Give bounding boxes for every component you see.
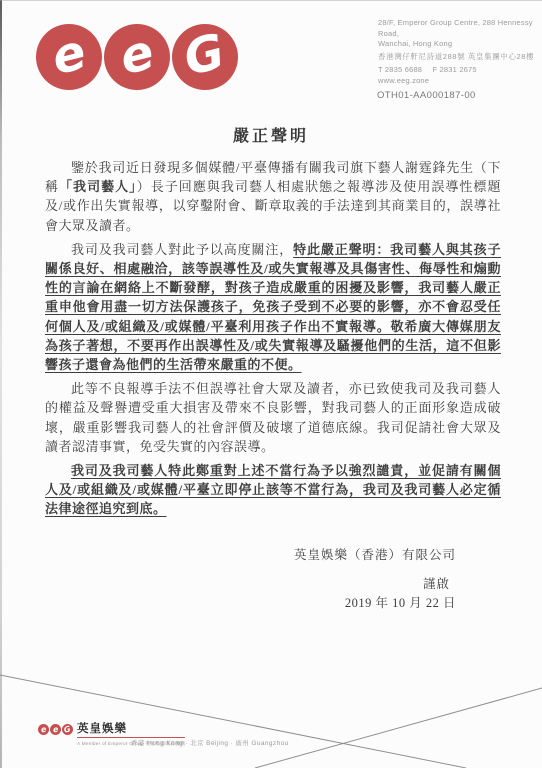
logo-circle-small: e xyxy=(38,724,49,735)
telephone-number: T 2835 6688 xyxy=(378,65,422,74)
logo-letter-icon: e xyxy=(40,725,47,734)
paragraph-segment-bold-underline: 我司及我司藝人特此鄭重對上述不當行為予以強烈譴責，並促請有關個人及/或組織及/或… xyxy=(45,463,501,516)
footer-brand-name: 英皇娛樂 xyxy=(77,723,185,738)
reference-number: OTH01-AA000187-00 xyxy=(377,90,476,101)
logo-circle-small: e xyxy=(50,724,61,735)
eeg-logo: e e G xyxy=(36,24,238,90)
logo-circle-e2: e xyxy=(104,24,170,90)
contact-line: T 2835 6688 F 2831 2675 www.eeg.zone xyxy=(378,65,538,86)
logo-letter-icon: e xyxy=(52,725,59,734)
paragraph-2: 我司及我司藝人對此予以高度關注，特此嚴正聲明：我司藝人與其孩子關係良好、相處融洽… xyxy=(45,240,501,374)
logo-letter-icon: e xyxy=(47,28,90,82)
logo-letter-icon: G xyxy=(63,725,71,734)
address-line-en-2: Wanchai, Hong Kong xyxy=(378,39,538,50)
photo-edge-artifact xyxy=(0,0,2,768)
paragraph-1: 鑒於我司近日發現多個媒體/平臺傳播有關我司旗下藝人謝霆鋒先生（下稱「我司藝人」）… xyxy=(45,158,501,235)
closing-salutation: 謹啟 xyxy=(294,574,456,592)
footer-regions: 香港 Hong Kong · 北京 Beijing · 廣州 Guangzhou xyxy=(131,738,289,747)
signature-block: 英皇娛樂（香港）有限公司 謹啟 2019 年 10 月 22 日 xyxy=(294,545,456,611)
paragraph-segment: 我司及我司藝人對此予以高度關注， xyxy=(71,242,293,257)
photo-edge-artifact-top xyxy=(0,0,542,1)
fax-number: F 2831 2675 xyxy=(432,65,476,74)
paragraph-segment-bold: 「我司藝人」 xyxy=(59,179,137,194)
logo-circle-g: G xyxy=(172,24,238,90)
paragraph-4: 我司及我司藝人特此鄭重對上述不當行為予以強烈譴責，並促請有關個人及/或組織及/或… xyxy=(45,461,501,519)
logo-letter-icon: G xyxy=(180,27,230,83)
company-name: 英皇娛樂（香港）有限公司 xyxy=(294,545,456,563)
logo-circle-small: G xyxy=(62,724,73,735)
paragraph-segment: 此等不良報導手法不但誤導社會大眾及讀者，亦已致使我司及我司藝人的權益及聲譽遭受重… xyxy=(45,381,501,454)
company-address-block: 28/F, Emperor Group Centre, 288 Hennessy… xyxy=(378,18,538,86)
website-url: www.eeg.zone xyxy=(378,76,429,85)
address-line-cjk: 香港灣仔軒尼詩道288號 英皇集團中心28樓 xyxy=(378,52,538,63)
paragraph-3: 此等不良報導手法不但誤導社會大眾及讀者，亦已致使我司及我司藝人的權益及聲譽遭受重… xyxy=(45,379,501,456)
statement-title: 嚴正聲明 xyxy=(0,123,542,146)
statement-page: e e G 28/F, Emperor Group Centre, 288 He… xyxy=(0,0,542,768)
paragraph-segment-bold-underline: 特此嚴正聲明：我司藝人與其孩子關係良好、相處融洽，該等誤導性及/或失實報導及具傷… xyxy=(45,242,501,372)
logo-circle-e1: e xyxy=(36,24,102,90)
logo-letter-icon: e xyxy=(115,28,158,82)
statement-body: 鑒於我司近日發現多個媒體/平臺傳播有關我司旗下藝人謝霆鋒先生（下稱「我司藝人」）… xyxy=(45,158,501,524)
address-line-en-1: 28/F, Emperor Group Centre, 288 Hennessy… xyxy=(378,18,538,39)
statement-date: 2019 年 10 月 22 日 xyxy=(294,593,456,611)
eeg-logo-small: e e G xyxy=(38,723,73,735)
